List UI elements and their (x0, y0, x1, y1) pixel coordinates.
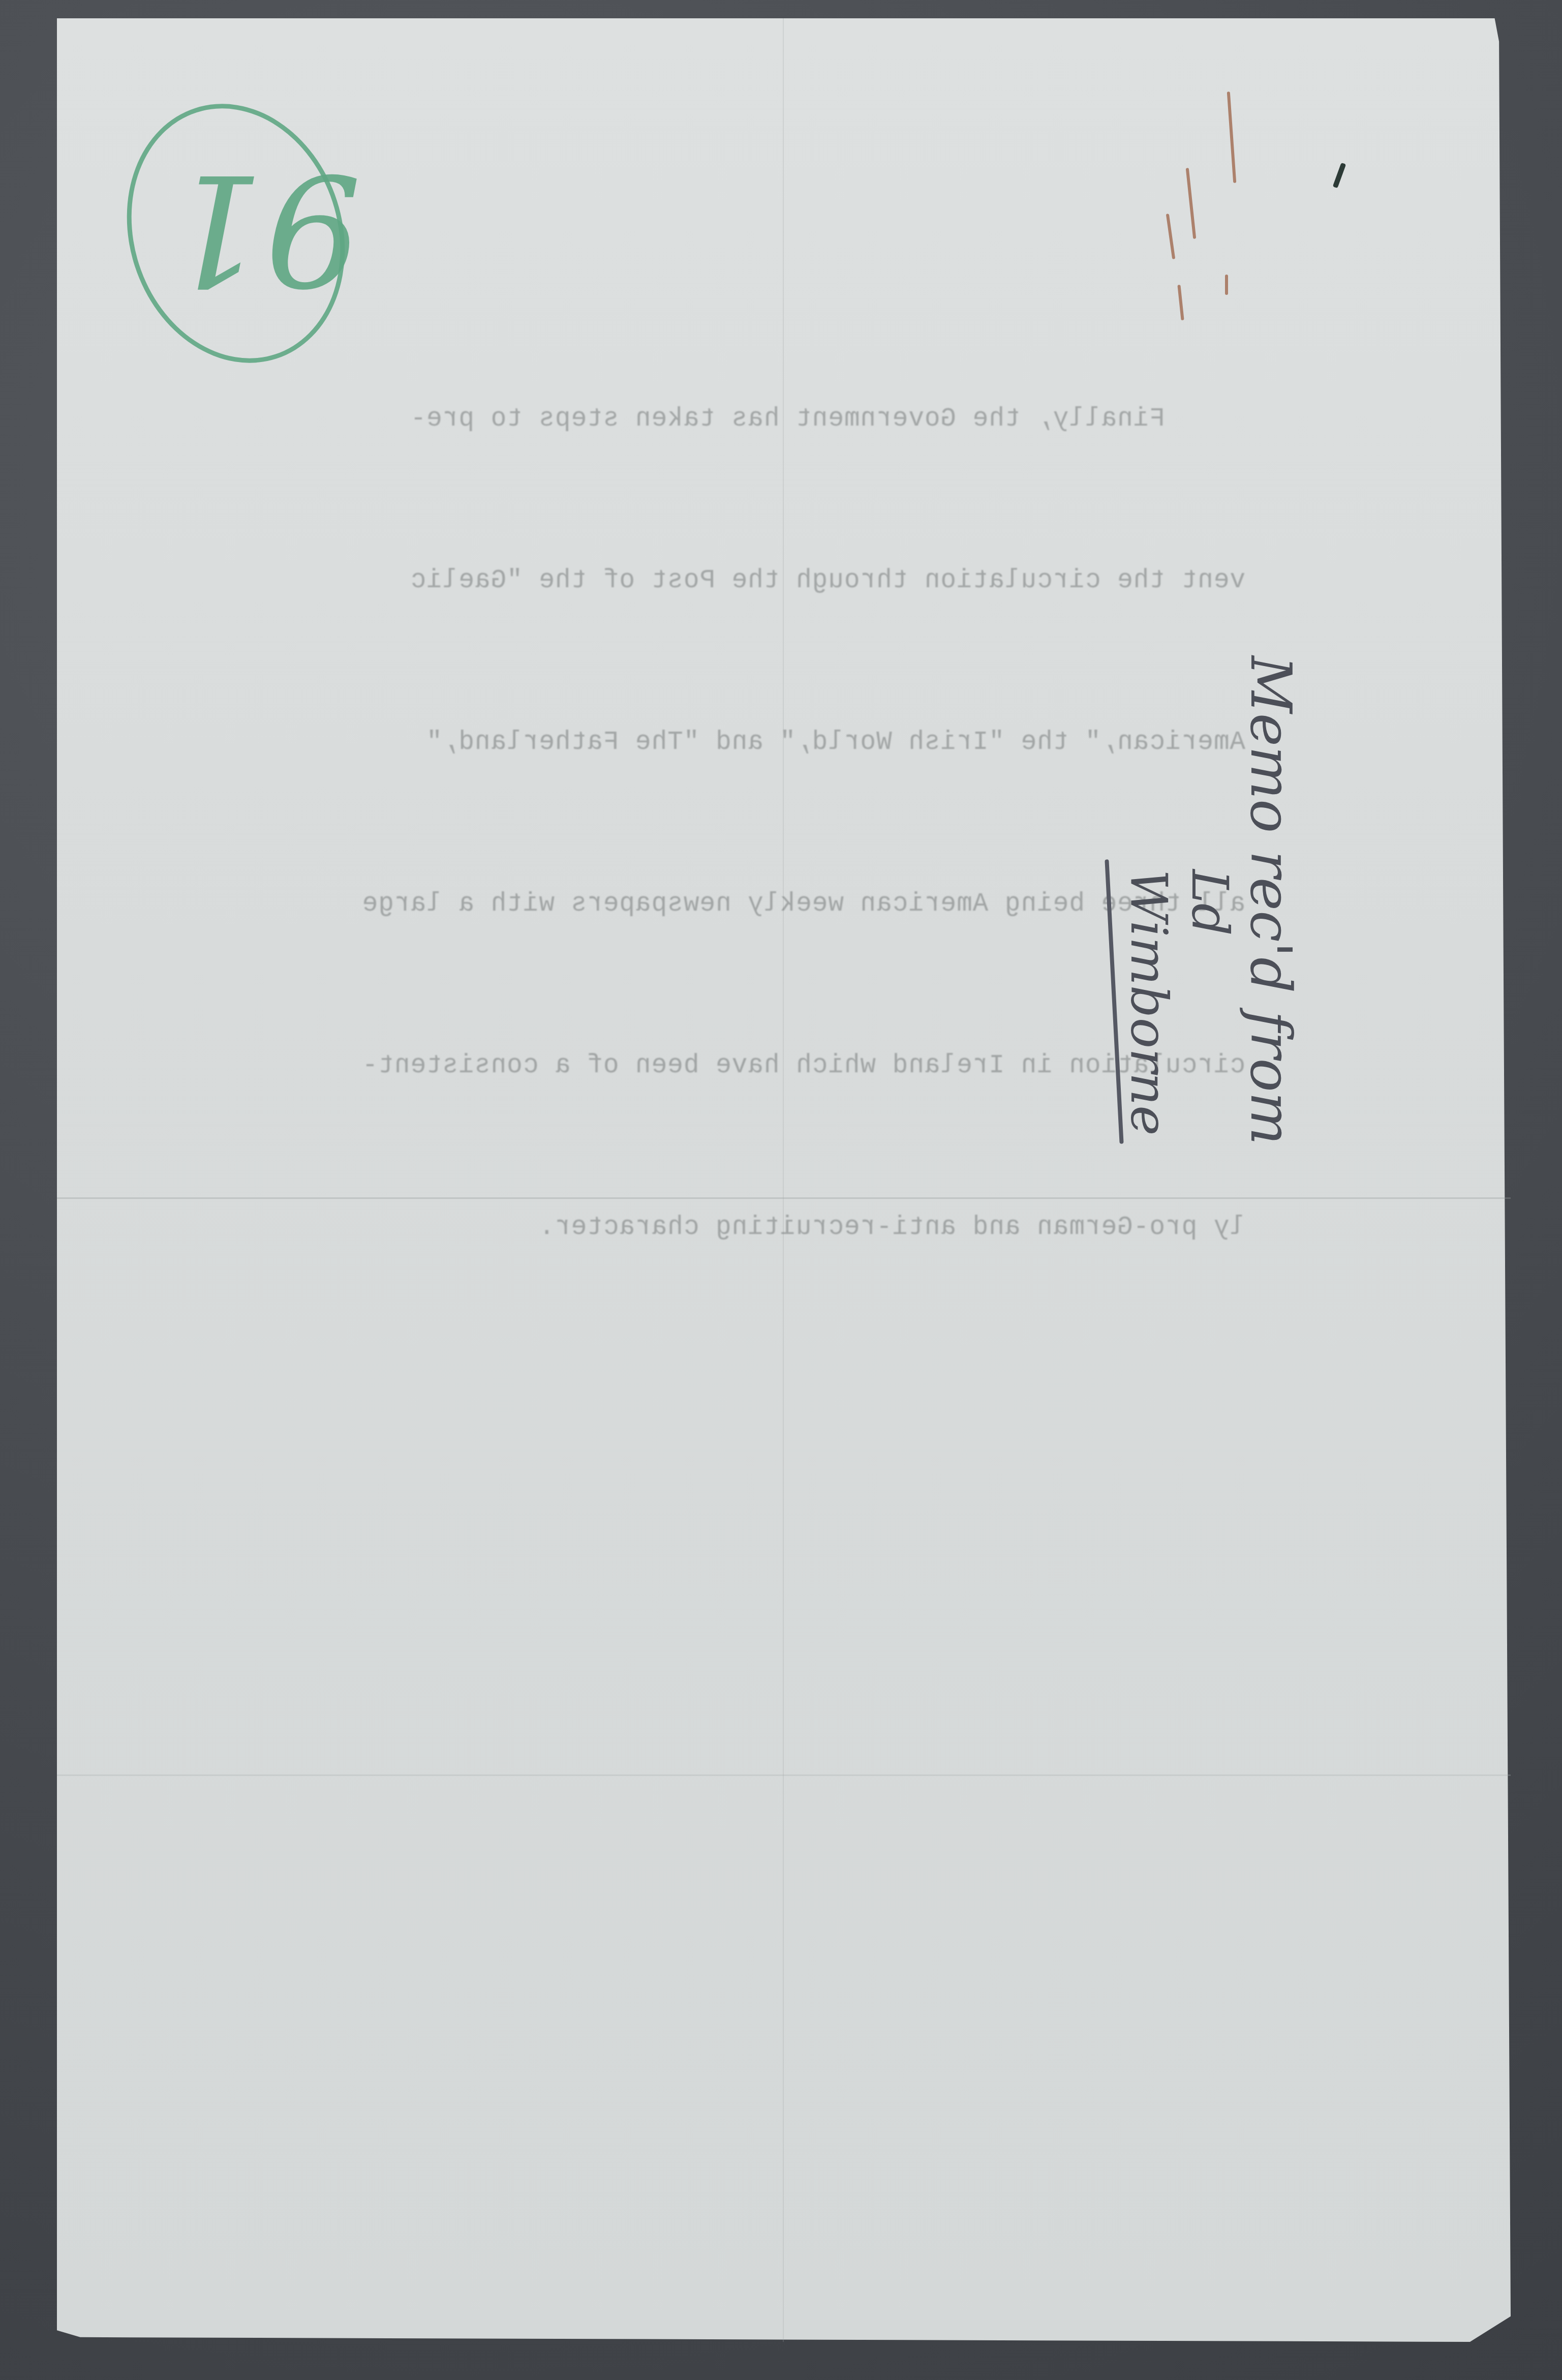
handwritten-line: Ld Wimborne (1118, 656, 1240, 1190)
handwritten-note: Memo rec'd from Ld Wimborne (1112, 656, 1301, 1190)
folio-number: 91 (168, 153, 362, 305)
text-line: American," the "Irish World," and "The F… (274, 716, 1245, 770)
text-line: circulation in Ireland which have been o… (274, 1039, 1245, 1093)
handwritten-line: Memo rec'd from (1240, 656, 1301, 1190)
text-line: vent the circulation through the Post of… (274, 554, 1245, 608)
text-line: ly pro-German and anti-recruiting charac… (274, 1201, 1245, 1255)
fold-line (57, 1774, 1511, 1776)
text-line: all three being American weekly newspape… (274, 878, 1245, 931)
bleed-through-text: Finally, the Government has taken steps … (274, 285, 1245, 1309)
text-line: Finally, the Government has taken steps … (274, 393, 1245, 446)
